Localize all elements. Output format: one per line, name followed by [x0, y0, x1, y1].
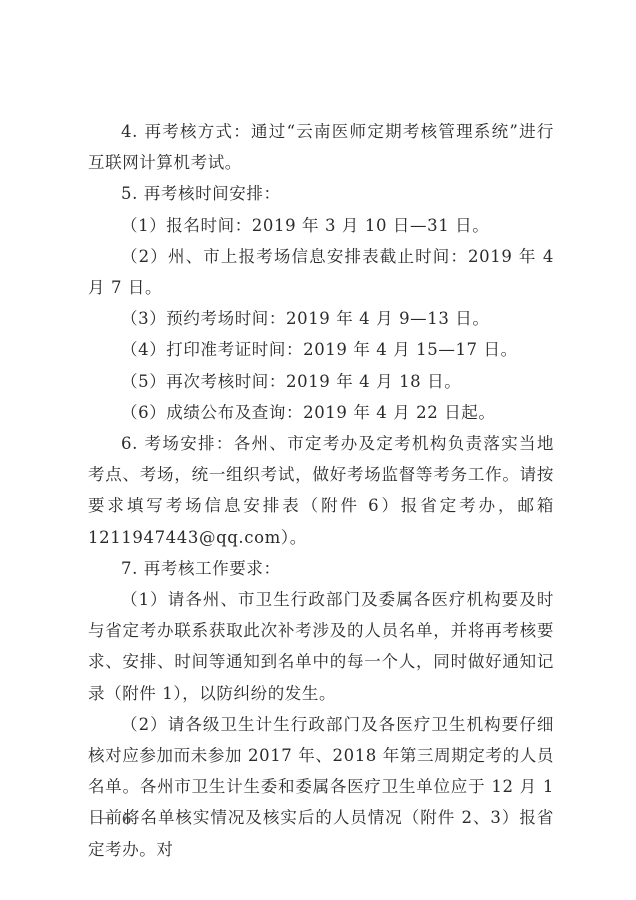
paragraph-booking-time: （3）预约考场时间：2019 年 4 月 9—13 日。: [88, 303, 554, 334]
page-number: － 6 －: [98, 808, 157, 829]
paragraph-requirement-1: （1）请各州、市卫生行政部门及委属各医疗机构要及时与省定考办联系获取此次补考涉及…: [88, 584, 554, 709]
paragraph-exam-method: 4. 再考核方式：通过“云南医师定期考核管理系统”进行互联网计算机考试。: [88, 116, 554, 178]
paragraph-report-deadline: （2）州、市上报考场信息安排表截止时间：2019 年 4 月 7 日。: [88, 241, 554, 303]
document-page: 4. 再考核方式：通过“云南医师定期考核管理系统”进行互联网计算机考试。 5. …: [0, 0, 636, 900]
paragraph-exam-venue: 6. 考场安排：各州、市定考办及定考机构负责落实当地考点、考场，统一组织考试，做…: [88, 428, 554, 553]
paragraph-schedule-heading: 5. 再考核时间安排：: [88, 178, 554, 209]
paragraph-results-time: （6）成绩公布及查询：2019 年 4 月 22 日起。: [88, 397, 554, 428]
paragraph-registration-time: （1）报名时间：2019 年 3 月 10 日—31 日。: [88, 210, 554, 241]
paragraph-print-ticket-time: （4）打印准考证时间：2019 年 4 月 15—17 日。: [88, 334, 554, 365]
paragraph-reexam-time: （5）再次考核时间：2019 年 4 月 18 日。: [88, 366, 554, 397]
paragraph-requirements-heading: 7. 再考核工作要求：: [88, 553, 554, 584]
paragraph-requirement-2: （2）请各级卫生计生行政部门及各医疗卫生机构要仔细核对应参加而未参加 2017 …: [88, 709, 554, 865]
document-body: 4. 再考核方式：通过“云南医师定期考核管理系统”进行互联网计算机考试。 5. …: [88, 116, 554, 865]
